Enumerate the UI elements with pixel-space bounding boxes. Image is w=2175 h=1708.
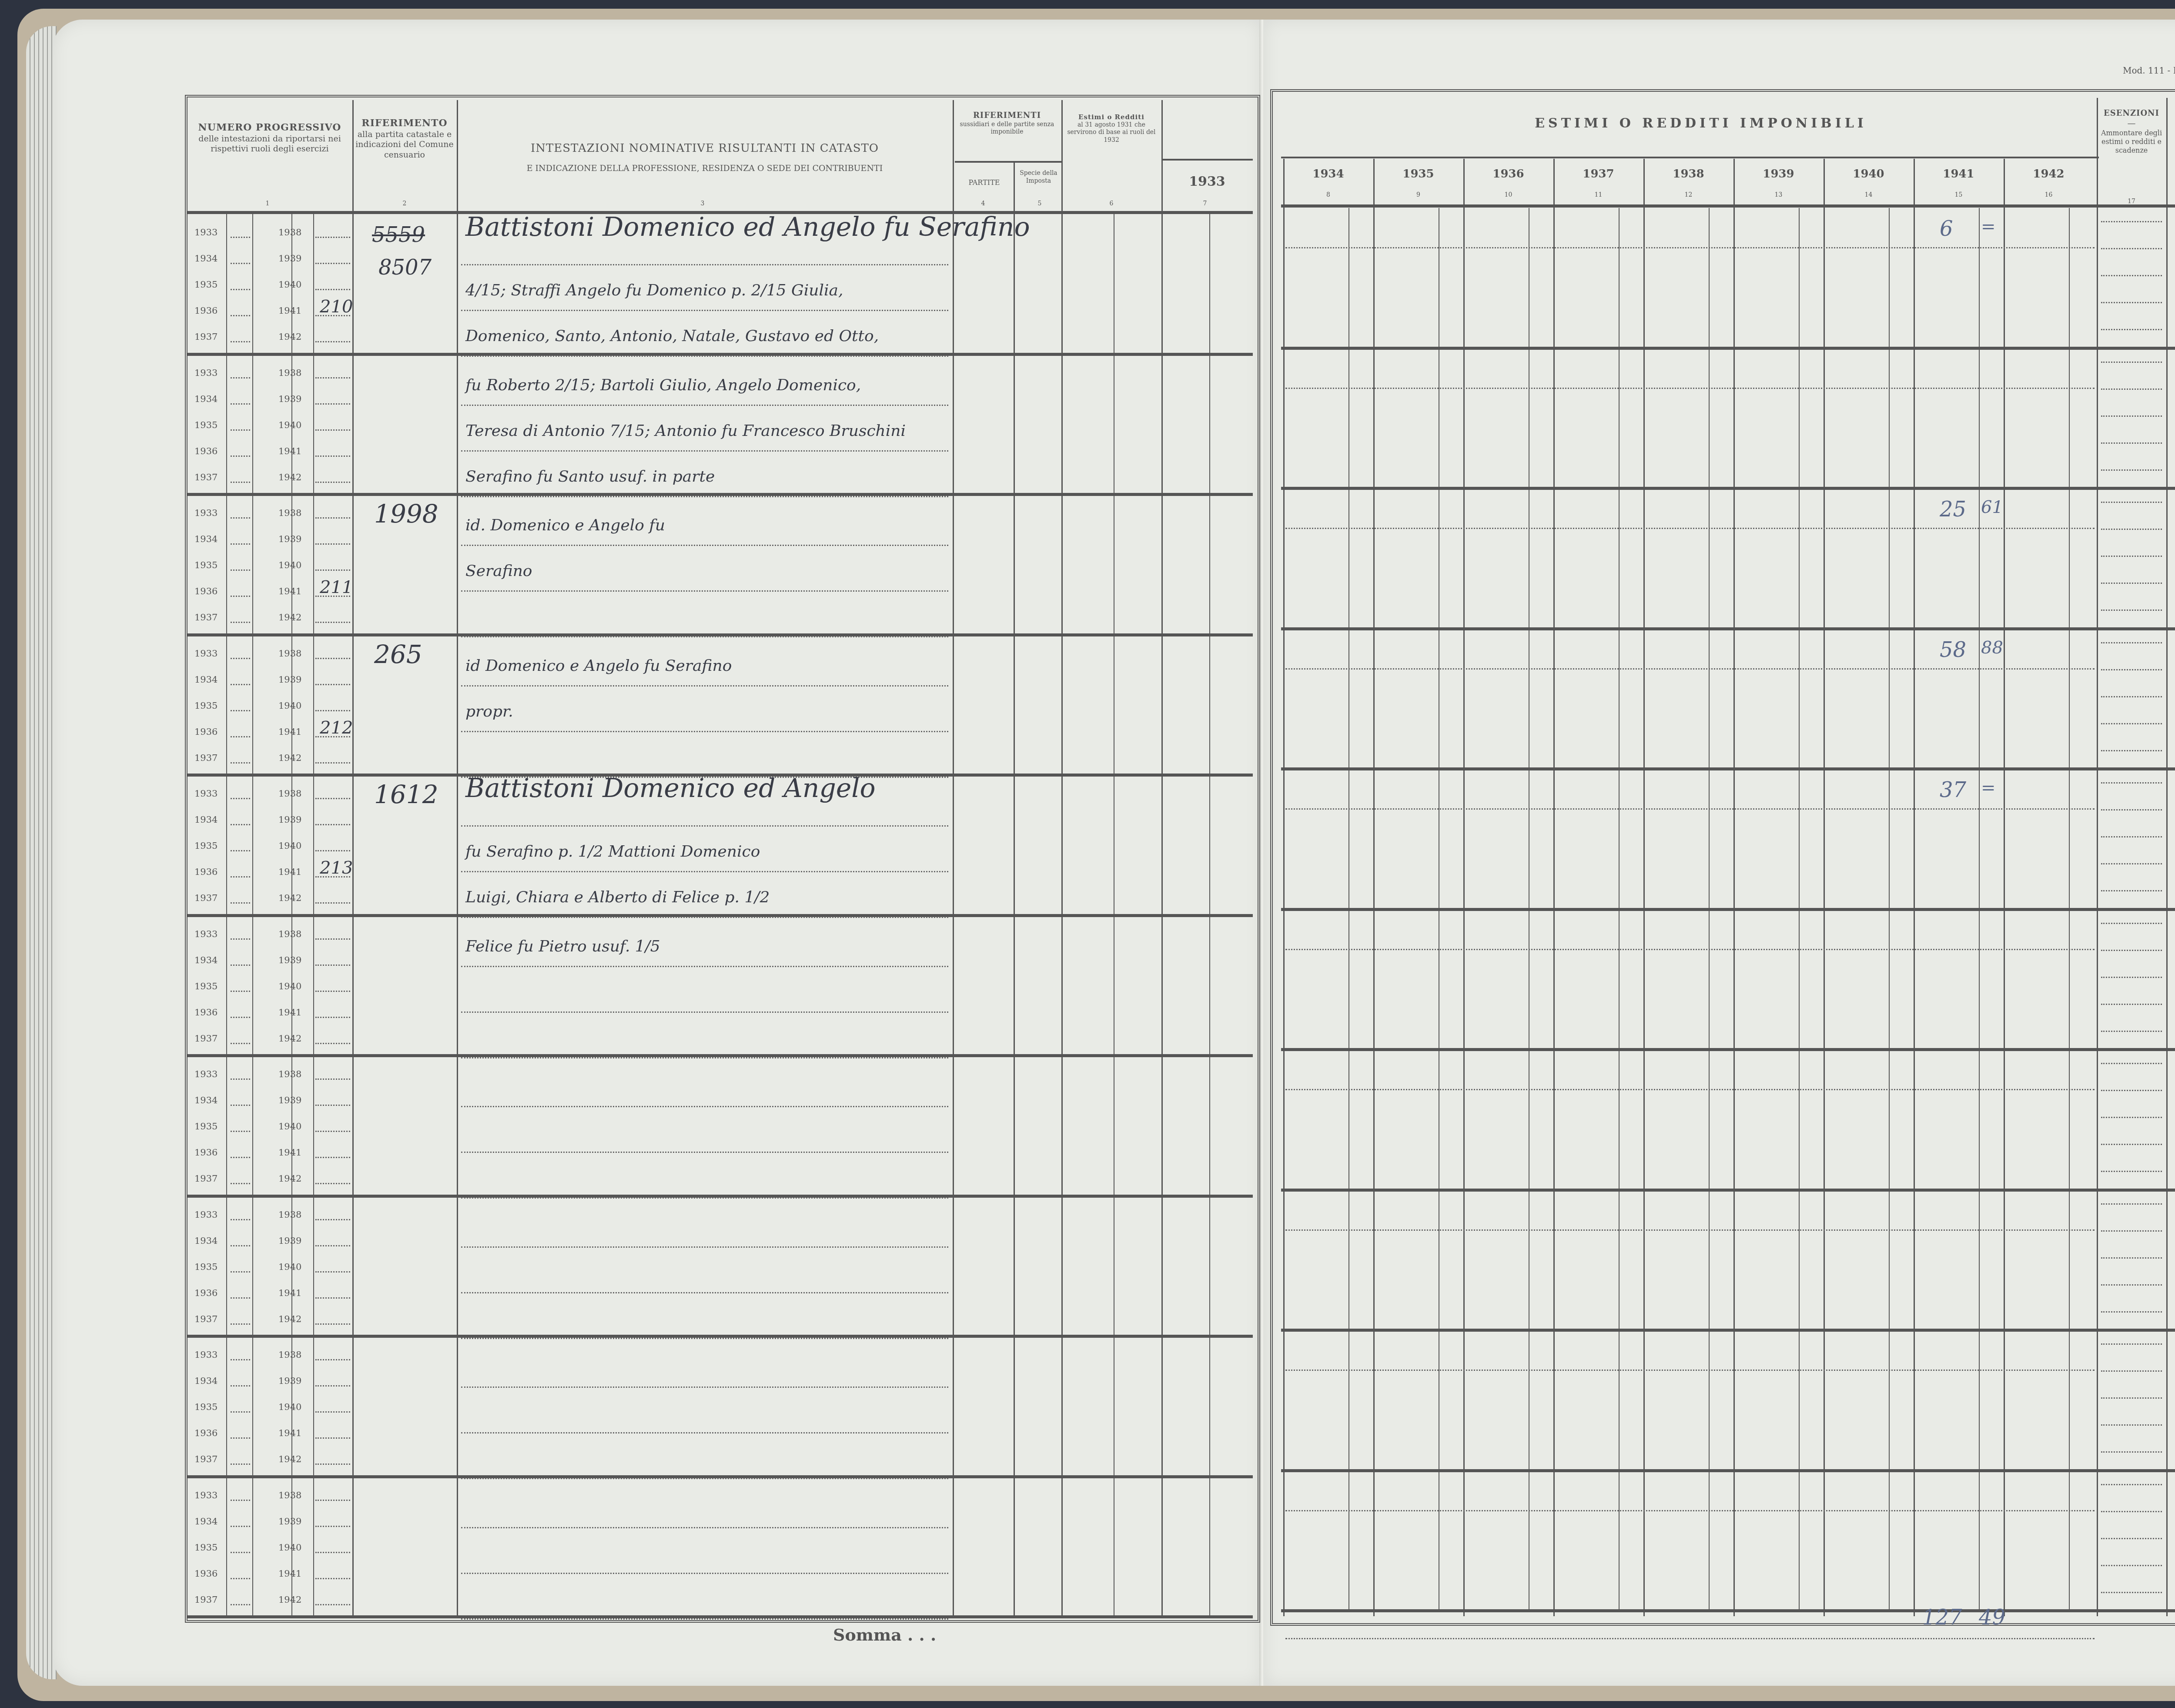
divider bbox=[1114, 1336, 1114, 1477]
year-label: 1935 bbox=[194, 841, 217, 851]
dotted-rule bbox=[2101, 442, 2162, 444]
divider bbox=[1799, 1190, 1800, 1331]
dotted-rule bbox=[2101, 863, 2162, 864]
column-number: 4 bbox=[979, 200, 987, 207]
year-header-1938: 1938 bbox=[1643, 167, 1733, 181]
divider bbox=[2166, 98, 2168, 1616]
divider bbox=[1979, 1190, 1980, 1331]
dotted-rule bbox=[315, 429, 350, 431]
block-separator bbox=[1281, 627, 2175, 630]
year-label: 1938 bbox=[278, 1069, 301, 1079]
taxpayer-entry-line: fu Roberto 2/15; Bartoli Giulio, Angelo … bbox=[465, 376, 861, 394]
amount-1941-cent: 61 bbox=[1981, 497, 2003, 517]
dotted-rule bbox=[231, 315, 250, 316]
dotted-rule bbox=[231, 263, 250, 264]
taxpayer-entry-line: Felice fu Pietro usuf. 1/5 bbox=[465, 938, 660, 955]
year-label: 1937 bbox=[194, 472, 217, 482]
dotted-rule bbox=[461, 636, 948, 637]
dotted-rule bbox=[231, 1105, 250, 1106]
year-label: 1942 bbox=[278, 332, 301, 342]
dotted-rule bbox=[2101, 977, 2162, 978]
divider bbox=[252, 635, 253, 776]
divider bbox=[1439, 489, 1439, 629]
dotted-rule bbox=[315, 1464, 350, 1465]
divider bbox=[1439, 1330, 1439, 1471]
dotted-rule bbox=[231, 965, 250, 966]
dotted-rule bbox=[231, 1323, 250, 1325]
year-label: 1940 bbox=[278, 700, 301, 711]
header-intestazioni: INTESTAZIONI NOMINATIVE RISULTANTI IN CA… bbox=[461, 141, 948, 174]
divider bbox=[1709, 489, 1710, 629]
dotted-rule bbox=[315, 1385, 350, 1386]
divider bbox=[1979, 208, 1980, 348]
divider bbox=[1348, 1330, 1349, 1471]
header-riferimenti-sussidiari: RIFERIMENTI sussidiari e delle partite s… bbox=[955, 111, 1059, 136]
dotted-rule bbox=[231, 1411, 250, 1413]
block-separator bbox=[1281, 487, 2175, 490]
divider bbox=[1889, 208, 1890, 348]
dotted-rule bbox=[2101, 275, 2162, 276]
divider bbox=[1709, 1190, 1710, 1331]
taxpayer-entry-line: Luigi, Chiara e Alberto di Felice p. 1/2 bbox=[465, 888, 770, 906]
divider bbox=[1114, 916, 1114, 1056]
year-label: 1941 bbox=[278, 305, 301, 316]
year-label: 1933 bbox=[194, 1350, 217, 1360]
divider bbox=[1529, 629, 1529, 770]
dotted-rule bbox=[315, 1219, 350, 1220]
dotted-rule bbox=[2101, 1230, 2162, 1232]
year-label: 1934 bbox=[194, 1095, 217, 1105]
dotted-rule bbox=[315, 377, 350, 378]
divider bbox=[1619, 1190, 1620, 1331]
column-number: 5 bbox=[1035, 200, 1044, 207]
taxpayer-entry-line: Serafino fu Santo usuf. in parte bbox=[465, 468, 715, 486]
dotted-rule bbox=[1285, 247, 2095, 248]
divider bbox=[1463, 159, 1465, 1616]
year-label: 1933 bbox=[194, 1069, 217, 1079]
dotted-rule bbox=[461, 355, 948, 357]
year-label: 1937 bbox=[194, 1594, 217, 1605]
year-label: 1937 bbox=[194, 753, 217, 763]
year-label: 1933 bbox=[194, 1209, 217, 1220]
divider bbox=[1619, 208, 1620, 348]
year-header-1940: 1940 bbox=[1824, 167, 1914, 181]
divider bbox=[1114, 214, 1114, 355]
divider bbox=[1979, 910, 1980, 1050]
divider bbox=[1209, 1196, 1210, 1337]
year-label: 1941 bbox=[278, 1147, 301, 1158]
dotted-rule bbox=[315, 1157, 350, 1158]
divider bbox=[1439, 1471, 1439, 1611]
dotted-rule bbox=[231, 341, 250, 342]
year-label: 1941 bbox=[278, 727, 301, 737]
divider bbox=[252, 916, 253, 1056]
divider bbox=[1619, 629, 1620, 770]
dotted-rule bbox=[231, 377, 250, 378]
column-number: 17 bbox=[2127, 198, 2136, 205]
amount-1941-cent: = bbox=[1981, 778, 1996, 798]
divider bbox=[2069, 629, 2070, 770]
divider bbox=[1709, 769, 1710, 910]
dotted-rule bbox=[315, 341, 350, 342]
divider bbox=[1114, 355, 1114, 495]
divider bbox=[1799, 1330, 1800, 1471]
dotted-rule bbox=[315, 1359, 350, 1360]
dotted-rule bbox=[231, 991, 250, 992]
dotted-rule bbox=[461, 917, 948, 918]
divider bbox=[1979, 769, 1980, 910]
dotted-rule bbox=[231, 938, 250, 940]
divider bbox=[1114, 775, 1114, 916]
dotted-rule bbox=[2101, 836, 2162, 837]
column-number: 13 bbox=[1774, 191, 1783, 198]
divider bbox=[1348, 348, 1349, 489]
divider bbox=[313, 1196, 314, 1337]
year-label: 1935 bbox=[194, 1121, 217, 1132]
divider bbox=[1348, 1471, 1349, 1611]
taxpayer-entry-line: 4/15; Straffi Angelo fu Domenico p. 2/15… bbox=[465, 281, 843, 299]
header-year-1933: 1933 bbox=[1166, 174, 1248, 189]
dotted-rule bbox=[315, 263, 350, 264]
dotted-rule bbox=[315, 1183, 350, 1184]
dotted-rule bbox=[231, 1297, 250, 1299]
header-title: ESTIMI O REDDITI IMPONIBILI bbox=[1288, 115, 2114, 132]
dotted-rule bbox=[231, 824, 250, 825]
progressive-number: 210 bbox=[320, 297, 353, 317]
year-label: 1938 bbox=[278, 1209, 301, 1220]
dotted-rule bbox=[461, 731, 948, 732]
column-number: 10 bbox=[1504, 191, 1513, 198]
dotted-rule bbox=[2101, 1284, 2162, 1286]
year-label: 1936 bbox=[194, 586, 217, 596]
divider bbox=[1114, 1196, 1114, 1337]
divider bbox=[1439, 769, 1439, 910]
taxpayer-entry-line: Teresa di Antonio 7/15; Antonio fu Franc… bbox=[465, 422, 906, 440]
divider bbox=[313, 1477, 314, 1618]
dotted-rule bbox=[231, 1464, 250, 1465]
divider bbox=[1709, 629, 1710, 770]
dotted-rule bbox=[461, 1618, 948, 1620]
divider bbox=[1529, 489, 1529, 629]
year-label: 1939 bbox=[278, 674, 301, 685]
year-label: 1937 bbox=[194, 332, 217, 342]
divider bbox=[313, 1056, 314, 1196]
dotted-rule bbox=[461, 1106, 948, 1107]
amount-1941-lire: 6 bbox=[1940, 217, 1953, 241]
divider bbox=[955, 161, 1061, 163]
dotted-rule bbox=[231, 1183, 250, 1184]
divider bbox=[226, 355, 227, 495]
year-label: 1936 bbox=[194, 1428, 217, 1438]
column-number: 9 bbox=[1414, 191, 1423, 198]
dotted-rule bbox=[315, 1078, 350, 1080]
header-title: Estimi o Redditi bbox=[1064, 113, 1159, 121]
dotted-rule bbox=[2101, 610, 2162, 611]
dotted-rule bbox=[2101, 362, 2162, 363]
dotted-rule bbox=[2101, 923, 2162, 924]
column-number: 11 bbox=[1594, 191, 1603, 198]
year-label: 1934 bbox=[194, 253, 217, 264]
divider bbox=[313, 355, 314, 495]
dotted-rule bbox=[461, 264, 948, 265]
divider bbox=[1209, 214, 1210, 355]
dotted-rule bbox=[315, 658, 350, 659]
form-title: Mod. 111 - Imposte Dirette (Intercalare)… bbox=[2123, 65, 2175, 76]
column-number: 15 bbox=[1954, 191, 1963, 198]
divider bbox=[1529, 208, 1529, 348]
year-label: 1937 bbox=[194, 1173, 217, 1184]
dotted-rule bbox=[231, 1500, 250, 1501]
dotted-rule bbox=[231, 1604, 250, 1605]
dotted-rule bbox=[461, 1057, 948, 1058]
year-label: 1940 bbox=[278, 1121, 301, 1132]
dotted-rule bbox=[2101, 502, 2162, 503]
dotted-rule bbox=[231, 876, 250, 877]
divider bbox=[252, 1056, 253, 1196]
dotted-rule bbox=[315, 1526, 350, 1527]
divider bbox=[2004, 159, 2005, 1616]
divider bbox=[1529, 1050, 1529, 1190]
divider bbox=[1209, 635, 1210, 776]
divider bbox=[1889, 1471, 1890, 1611]
year-label: 1942 bbox=[278, 612, 301, 623]
taxpayer-entry-line: id. Domenico e Angelo fu bbox=[465, 516, 665, 534]
amount-1941-lire: 58 bbox=[1940, 638, 1966, 662]
dotted-rule bbox=[2101, 329, 2162, 330]
year-label: 1935 bbox=[194, 1402, 217, 1412]
dotted-rule bbox=[2101, 696, 2162, 697]
year-label: 1939 bbox=[278, 814, 301, 825]
dotted-rule bbox=[231, 455, 250, 457]
year-label: 1936 bbox=[194, 867, 217, 877]
year-label: 1939 bbox=[278, 955, 301, 965]
year-label: 1934 bbox=[194, 674, 217, 685]
dotted-rule bbox=[461, 310, 948, 311]
dotted-rule bbox=[2101, 302, 2162, 303]
divider bbox=[252, 355, 253, 495]
divider bbox=[1348, 489, 1349, 629]
dotted-rule bbox=[2101, 221, 2162, 222]
dotted-rule bbox=[461, 590, 948, 592]
dotted-rule bbox=[315, 1131, 350, 1132]
divider bbox=[1281, 157, 2099, 158]
dotted-rule bbox=[315, 543, 350, 545]
divider bbox=[1209, 495, 1210, 635]
struck-reference: 5559 bbox=[372, 223, 425, 247]
divider bbox=[1209, 1477, 1210, 1618]
dotted-rule bbox=[231, 569, 250, 571]
year-label: 1936 bbox=[194, 1007, 217, 1018]
year-label: 1939 bbox=[278, 1376, 301, 1386]
dotted-rule bbox=[461, 405, 948, 406]
divider bbox=[1979, 1471, 1980, 1611]
dotted-rule bbox=[2101, 1171, 2162, 1172]
year-label: 1934 bbox=[194, 394, 217, 404]
dotted-rule bbox=[231, 736, 250, 737]
dotted-rule bbox=[2101, 1063, 2162, 1064]
taxpayer-entry-line: propr. bbox=[465, 703, 513, 720]
divider bbox=[313, 635, 314, 776]
amount-1941-lire: 37 bbox=[1940, 778, 1966, 802]
dotted-rule bbox=[231, 1271, 250, 1273]
header-title: PARTITE bbox=[955, 178, 1014, 187]
year-label: 1940 bbox=[278, 1402, 301, 1412]
dotted-rule bbox=[315, 1578, 350, 1579]
divider bbox=[1209, 355, 1210, 495]
taxpayer-entry-line: fu Serafino p. 1/2 Mattioni Domenico bbox=[465, 843, 760, 861]
year-label: 1938 bbox=[278, 1490, 301, 1500]
divider bbox=[2069, 208, 2070, 348]
year-label: 1938 bbox=[278, 648, 301, 659]
dotted-rule bbox=[231, 710, 250, 711]
year-header-1935: 1935 bbox=[1373, 167, 1463, 181]
year-label: 1934 bbox=[194, 955, 217, 965]
divider bbox=[226, 775, 227, 916]
year-label: 1936 bbox=[194, 446, 217, 456]
divider bbox=[1979, 1050, 1980, 1190]
divider bbox=[252, 1477, 253, 1618]
divider bbox=[2069, 348, 2070, 489]
dotted-rule bbox=[231, 1578, 250, 1579]
divider bbox=[1799, 348, 1800, 489]
divider bbox=[1014, 161, 1015, 1618]
dotted-rule bbox=[2101, 1451, 2162, 1453]
dotted-rule bbox=[315, 965, 350, 966]
header-specie-imposta: Specie della Imposta bbox=[1016, 170, 1061, 185]
year-label: 1939 bbox=[278, 1516, 301, 1527]
divider bbox=[2069, 1330, 2070, 1471]
year-label: 1942 bbox=[278, 472, 301, 482]
divider bbox=[1709, 208, 1710, 348]
dotted-rule bbox=[231, 850, 250, 851]
dotted-rule bbox=[315, 710, 350, 711]
divider bbox=[1799, 208, 1800, 348]
divider bbox=[1439, 1190, 1439, 1331]
dotted-rule bbox=[1285, 528, 2095, 529]
dotted-rule bbox=[461, 825, 948, 827]
dotted-rule bbox=[1285, 808, 2095, 810]
divider bbox=[252, 1336, 253, 1477]
dotted-rule bbox=[2101, 248, 2162, 249]
header-dash: — bbox=[2099, 119, 2164, 129]
header-title: ESENZIONI bbox=[2099, 109, 2164, 119]
block-separator bbox=[1281, 767, 2175, 770]
dotted-rule bbox=[2101, 388, 2162, 390]
header-esenzioni: ESENZIONI — Ammontare degli estimi o red… bbox=[2099, 109, 2164, 155]
dotted-rule bbox=[461, 1338, 948, 1339]
taxpayer-entry-line: Battistoni Domenico ed Angelo fu Serafin… bbox=[465, 212, 1030, 242]
divider bbox=[1209, 1336, 1210, 1477]
dotted-rule bbox=[2101, 723, 2162, 724]
year-label: 1940 bbox=[278, 1262, 301, 1272]
dotted-rule bbox=[461, 1197, 948, 1199]
divider bbox=[2069, 1471, 2070, 1611]
dotted-rule bbox=[315, 1245, 350, 1246]
year-label: 1933 bbox=[194, 368, 217, 378]
dotted-rule bbox=[2101, 890, 2162, 891]
year-label: 1938 bbox=[278, 929, 301, 939]
dotted-rule bbox=[2101, 469, 2162, 471]
cadastral-reference: 8507 bbox=[378, 255, 432, 280]
year-label: 1941 bbox=[278, 1428, 301, 1438]
dotted-rule bbox=[461, 1478, 948, 1479]
divider bbox=[1979, 489, 1980, 629]
divider bbox=[1799, 1471, 1800, 1611]
dotted-rule bbox=[461, 545, 948, 546]
block-separator bbox=[1281, 1329, 2175, 1332]
year-label: 1940 bbox=[278, 420, 301, 430]
year-label: 1941 bbox=[278, 446, 301, 456]
divider bbox=[1061, 100, 1063, 1618]
divider bbox=[1799, 910, 1800, 1050]
divider bbox=[1799, 1050, 1800, 1190]
divider bbox=[1348, 1050, 1349, 1190]
dotted-rule bbox=[231, 684, 250, 685]
dotted-rule bbox=[461, 1573, 948, 1574]
divider bbox=[1619, 1330, 1620, 1471]
divider bbox=[252, 775, 253, 916]
dotted-rule bbox=[315, 798, 350, 799]
dotted-rule bbox=[461, 966, 948, 967]
dotted-rule bbox=[461, 685, 948, 687]
divider bbox=[1709, 910, 1710, 1050]
divider bbox=[226, 916, 227, 1056]
divider bbox=[226, 214, 227, 355]
year-label: 1937 bbox=[194, 1314, 217, 1324]
dotted-rule bbox=[2101, 1343, 2162, 1345]
dotted-rule bbox=[315, 1411, 350, 1413]
year-label: 1933 bbox=[194, 648, 217, 659]
taxpayer-entry-line: Domenico, Santo, Antonio, Natale, Gustav… bbox=[465, 327, 879, 345]
cadastral-reference: 1612 bbox=[374, 780, 438, 809]
progressive-number: 211 bbox=[320, 577, 353, 597]
progressive-number: 212 bbox=[320, 718, 353, 738]
year-label: 1936 bbox=[194, 1568, 217, 1579]
dotted-rule bbox=[315, 1043, 350, 1044]
amount-1941-lire: 25 bbox=[1940, 497, 1966, 522]
dotted-rule bbox=[2101, 529, 2162, 530]
dotted-rule bbox=[315, 1297, 350, 1299]
dotted-rule bbox=[2101, 750, 2162, 751]
right-table-frame bbox=[1270, 89, 2175, 1626]
divider bbox=[1439, 1050, 1439, 1190]
year-label: 1940 bbox=[278, 981, 301, 991]
dotted-rule bbox=[1285, 1638, 2095, 1639]
column-number: 1 bbox=[261, 200, 274, 207]
dotted-rule bbox=[315, 517, 350, 519]
year-label: 1939 bbox=[278, 1236, 301, 1246]
dotted-rule bbox=[231, 237, 250, 238]
divider bbox=[1348, 769, 1349, 910]
taxpayer-entry-line: Battistoni Domenico ed Angelo bbox=[465, 773, 876, 804]
dotted-rule bbox=[315, 1500, 350, 1501]
year-label: 1940 bbox=[278, 1542, 301, 1553]
divider bbox=[226, 1336, 227, 1477]
dotted-rule bbox=[1285, 1089, 2095, 1090]
divider bbox=[226, 495, 227, 635]
divider bbox=[1529, 348, 1529, 489]
dotted-rule bbox=[2101, 583, 2162, 584]
divider bbox=[457, 100, 458, 1618]
divider bbox=[1889, 629, 1890, 770]
dotted-rule bbox=[461, 450, 948, 452]
block-separator bbox=[1281, 1469, 2175, 1472]
dotted-rule bbox=[231, 798, 250, 799]
divider bbox=[1709, 1050, 1710, 1190]
somma-label: Somma . . . bbox=[833, 1625, 936, 1644]
divider bbox=[1914, 159, 1915, 1616]
year-label: 1934 bbox=[194, 1376, 217, 1386]
